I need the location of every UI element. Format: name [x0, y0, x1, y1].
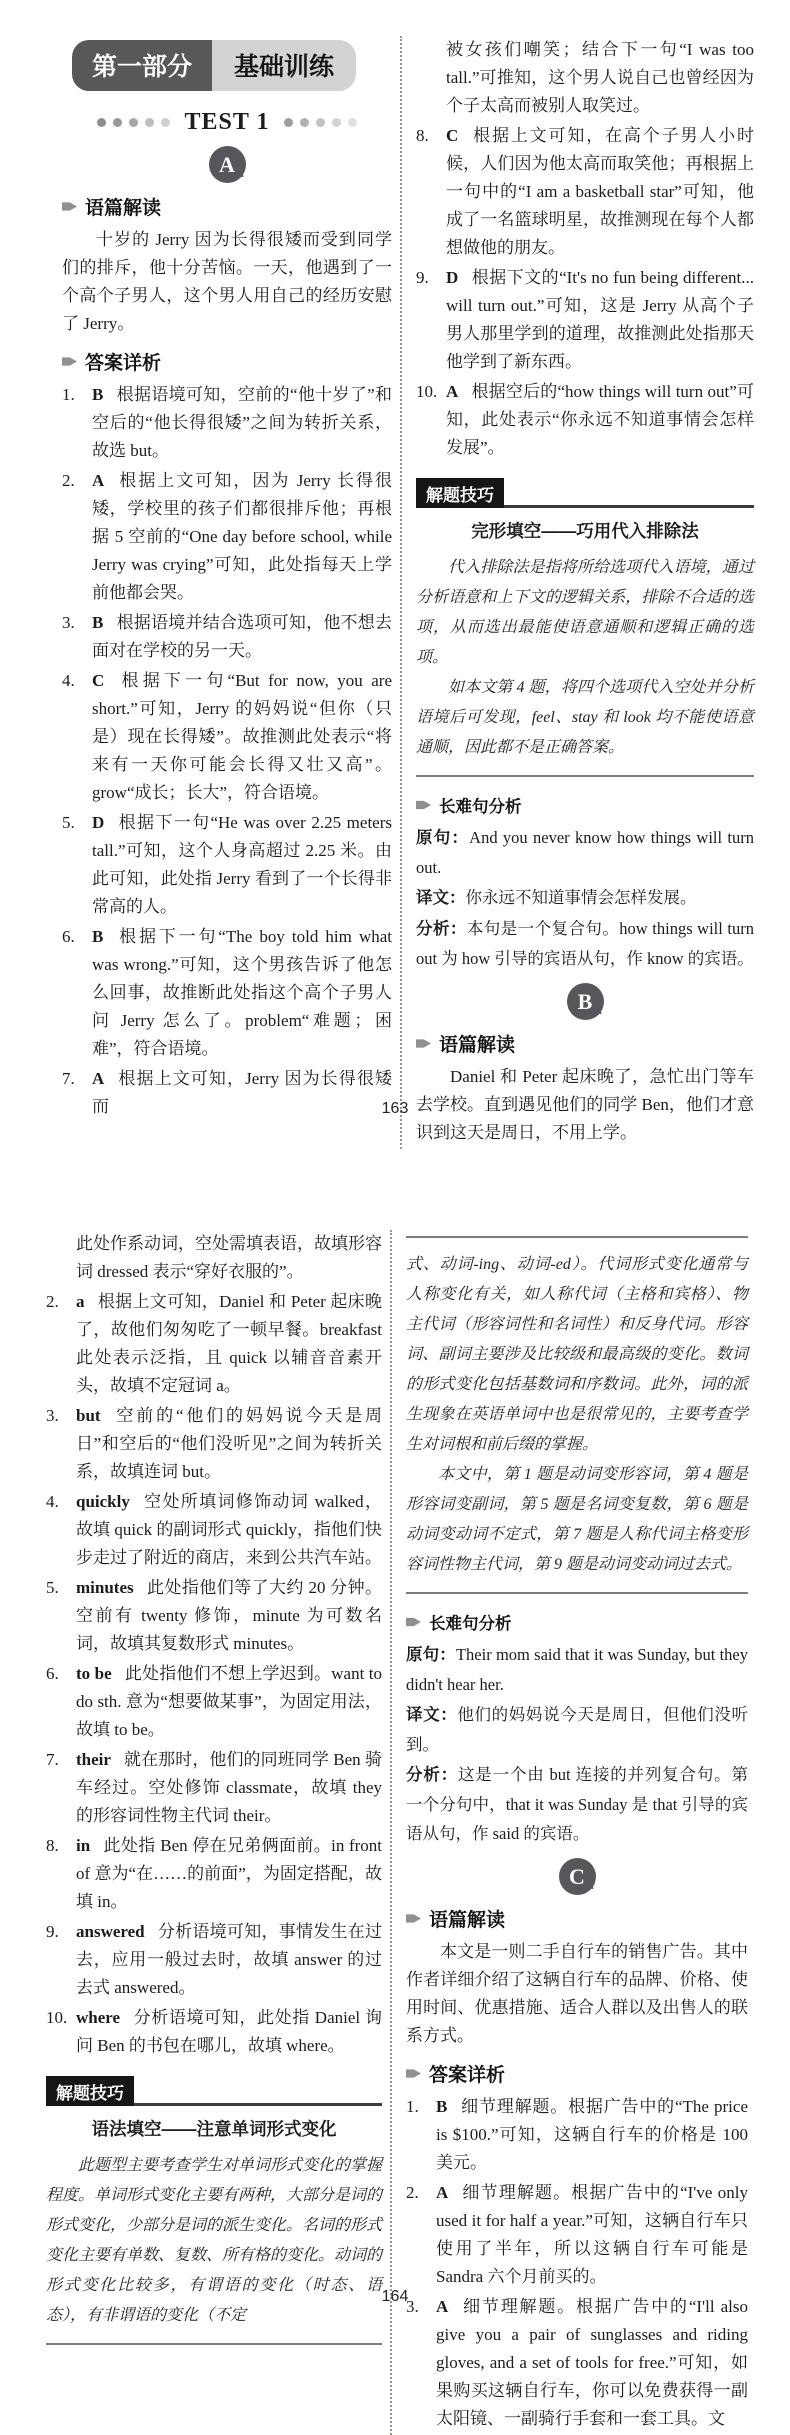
tips-bottom-rule [406, 1592, 748, 1594]
dot-icon [316, 118, 325, 127]
tips-paragraph: 本文中，第 1 题是动词变形容词，第 4 题是形容词变副词，第 5 题是名词变复… [406, 1460, 748, 1580]
dot-icon [129, 118, 138, 127]
answer-item: 1. B细节理解题。根据广告中的“The price is $100.”可知，这… [406, 2093, 748, 2177]
tips-top-rule [406, 1236, 748, 1238]
answer-item: 1. B根据语境可知，空前的“他十岁了”和空后的“他长得很矮”之间为转折关系，故… [62, 381, 392, 465]
answer-explanation: 根据下文的“It's no fun being different... wil… [446, 268, 754, 371]
page1-left-column: 第一部分 基础训练 TEST 1 A 语篇解读 十岁的 Jerry 因为长得很矮… [62, 36, 400, 1276]
answer-explanation: 根据下一句“He was over 2.25 meters tall.”可知，这… [92, 813, 392, 916]
answer-key: A [446, 382, 458, 401]
answer-item: 3. A细节理解题。根据广告中的“I'll also give you a pa… [406, 2293, 748, 2433]
tips-paragraph: 如本文第 4 题，将四个选项代入空处并分析语境后可发现，feel、stay 和 … [416, 673, 754, 763]
translation: 译文：你永远不知道事情会怎样发展。 [416, 883, 754, 913]
section-title: 语篇解读 [439, 1030, 515, 1057]
section-title: 长难句分析 [429, 1610, 512, 1634]
passage-a-badge: A [209, 146, 246, 183]
answer-key: A [436, 2183, 448, 2202]
tips-box: 解题技巧 完形填空——巧用代入排除法 代入排除法是指将所给选项代入语境，通过分析… [416, 478, 754, 777]
sentence-analysis: 长难句分析 原句：Their mom said that it was Sund… [406, 1610, 748, 1848]
dot-icon [97, 118, 106, 127]
page2-left-column: 此处作系动词，空处需填表语，故填形容词 dressed 表示“穿好衣服的”。 2… [46, 1230, 390, 2435]
tips-label: 解题技巧 [416, 478, 504, 508]
answer7-continuation: 被女孩们嘲笑；结合下一句“I was too tall.”可推知，这个男人说自己… [416, 36, 754, 120]
tips-bottom-rule [416, 775, 754, 777]
answer-number: 2. [62, 467, 92, 607]
answer-key: a [76, 1292, 85, 1311]
section-title: 语篇解读 [429, 1905, 505, 1932]
passage-c-badge-row: C [406, 1858, 748, 1895]
tips-box-continuation: 式、动词-ing、动词-ed）。代词形式变化通常与人称变化有关，如人称代词（主格… [406, 1236, 748, 1594]
answer-key: in [76, 1836, 90, 1855]
test-title-row: TEST 1 [62, 109, 392, 136]
analysis: 分析：这是一个由 but 连接的并列复合句。第一个分句中，that it was… [406, 1760, 748, 1848]
answer-number: 3. [406, 2293, 436, 2433]
passage-summary: 本文是一则二手自行车的销售广告。其中作者详细介绍了这辆自行车的品牌、价格、使用时… [406, 1938, 748, 2050]
translation: 译文：他们的妈妈说今天是周日，但他们没听到。 [406, 1700, 748, 1759]
answer-number: 4. [62, 667, 92, 807]
answer-explanation: 根据上文可知，Daniel 和 Peter 起床晚了，故他们匆匆吃了一顿早餐。b… [76, 1292, 382, 1395]
book-page-164: 此处作系动词，空处需填表语，故填形容词 dressed 表示“穿好衣服的”。 2… [0, 1150, 790, 2378]
answer-key: to be [76, 1664, 112, 1683]
passage-analysis-header: 语篇解读 [416, 1030, 754, 1057]
section-title: 答案详析 [429, 2060, 505, 2087]
answer-item: 4. C根据下一句“But for now, you are short.”可知… [62, 667, 392, 807]
answer-explanation: 此处指 Ben 停在兄弟俩面前。in front of 意为“在……的前面”，为… [76, 1836, 382, 1911]
passage-summary: 十岁的 Jerry 因为长得很矮而受到同学们的排斥，他十分苦恼。一天，他遇到了一… [62, 226, 392, 338]
answer-number: 6. [62, 923, 92, 1063]
answer-number: 5. [62, 809, 92, 921]
section-arrow-icon [406, 1616, 421, 1629]
section-title: 语篇解读 [85, 193, 161, 220]
tips-title: 语法填空——注意单词形式变化 [46, 2116, 382, 2141]
answer-number: 3. [46, 1402, 76, 1486]
answer1-continuation: 此处作系动词，空处需填表语，故填形容词 dressed 表示“穿好衣服的”。 [46, 1230, 382, 1286]
answer-key: answered [76, 1922, 145, 1941]
answer-item: 2. A细节理解题。根据广告中的“I've only used it for h… [406, 2179, 748, 2291]
answer-item: 5. minutes此处指他们等了大约 20 分钟。空前有 twenty 修饰，… [46, 1574, 382, 1658]
answer-number: 9. [416, 264, 446, 376]
answer-item: 10. A根据空后的“how things will turn out”可知，此… [416, 378, 754, 462]
chapter-header: 第一部分 基础训练 [72, 40, 392, 91]
dot-icon [113, 118, 122, 127]
dot-icon [145, 118, 154, 127]
answer-item: 9. D根据下文的“It's no fun being different...… [416, 264, 754, 376]
answer-item: 8. C根据上文可知，在高个子男人小时候，人们因为他太高而取笑他；再根据上一句中… [416, 122, 754, 262]
answer-number: 8. [46, 1832, 76, 1916]
answer-number: 2. [46, 1288, 76, 1400]
answer-explanation: 细节理解题。根据广告中的“I've only used it for half … [436, 2183, 748, 2286]
tips-title: 完形填空——巧用代入排除法 [416, 518, 754, 543]
answer-item: 2. A根据上文可知，因为 Jerry 长得很矮，学校里的孩子们都很排斥他；再根… [62, 467, 392, 607]
tips-header: 解题技巧 [46, 2076, 382, 2106]
answer-explanation: 根据上文可知，在高个子男人小时候，人们因为他太高而取笑他；再根据上一句中的“I … [446, 126, 754, 257]
answer-number: 4. [46, 1488, 76, 1572]
original-sentence: 原句：Their mom said that it was Sunday, bu… [406, 1640, 748, 1699]
answer-number: 6. [46, 1660, 76, 1744]
answer-key: C [92, 671, 104, 690]
answer-number: 1. [406, 2093, 436, 2177]
page2-right-column: 式、动词-ing、动词-ed）。代词形式变化通常与人称变化有关，如人称代词（主格… [390, 1230, 748, 2435]
answer-number: 7. [46, 1746, 76, 1830]
answer-item: 9. answered分析语境可知，事情发生在过去，应用一般过去时，故填 ans… [46, 1918, 382, 2002]
part-badge: 第一部分 [72, 40, 212, 91]
answer-explanation: 根据空后的“how things will turn out”可知，此处表示“你… [446, 382, 754, 457]
section-arrow-icon [62, 200, 77, 213]
dot-icon [300, 118, 309, 127]
answer-explanation: 根据下一句“But for now, you are short.”可知，Jer… [92, 671, 392, 802]
course-badge: 基础训练 [212, 40, 356, 91]
tips-label: 解题技巧 [46, 2076, 134, 2106]
answer-explanation: 细节理解题。根据广告中的“I'll also give you a pair o… [436, 2297, 748, 2428]
answer-explanation: 此处指他们不想上学迟到。want to do sth. 意为“想要做某事”，为固… [76, 1664, 382, 1739]
answer-key: A [92, 471, 104, 490]
passage-c-badge: C [559, 1858, 596, 1895]
section-arrow-icon [406, 2067, 421, 2080]
answer-details-header: 答案详析 [62, 348, 392, 375]
passage-analysis-header: 语篇解读 [406, 1905, 748, 1932]
answer-key: minutes [76, 1578, 134, 1597]
answer-number: 3. [62, 609, 92, 665]
original-sentence: 原句：And you never know how things will tu… [416, 823, 754, 882]
answer-key: B [92, 613, 103, 632]
answer-key: D [446, 268, 458, 287]
page-number: 164 [0, 2288, 790, 2306]
answer-explanation: 分析语境可知，此处指 Daniel 询问 Ben 的书包在哪儿，故填 where… [76, 2008, 382, 2055]
dot-icon [332, 118, 341, 127]
answer-number: 9. [46, 1918, 76, 2002]
answer-number: 8. [416, 122, 446, 262]
passage-a-badge-row: A [62, 146, 392, 183]
tips-paragraph: 代入排除法是指将所给选项代入语境，通过分析语意和上下文的逻辑关系，排除不合适的选… [416, 553, 754, 673]
section-title: 长难句分析 [439, 793, 522, 817]
answer-item: 2. a根据上文可知，Daniel 和 Peter 起床晚了，故他们匆匆吃了一顿… [46, 1288, 382, 1400]
answer-explanation: 就在那时，他们的同班同学 Ben 骑车经过。空处修饰 classmate，故填 … [76, 1750, 382, 1825]
section-arrow-icon [416, 1037, 431, 1050]
answer-explanation: 根据语境可知，空前的“他十岁了”和空后的“他长得很矮”之间为转折关系，故选 bu… [92, 385, 392, 460]
answer-number: 5. [46, 1574, 76, 1658]
answer-key: but [76, 1406, 101, 1425]
tips-paragraph: 式、动词-ing、动词-ed）。代词形式变化通常与人称变化有关，如人称代词（主格… [406, 1250, 748, 1460]
answer-number: 1. [62, 381, 92, 465]
passage-analysis-header: 语篇解读 [62, 193, 392, 220]
answer-key: A [92, 1069, 104, 1088]
section-title: 答案详析 [85, 348, 161, 375]
answer-key: C [446, 126, 458, 145]
section-arrow-icon [62, 355, 77, 368]
tips-header: 解题技巧 [416, 478, 754, 508]
answer-explanation: 空前的“他们的妈妈说今天是周日”和空后的“他们没听见”之间为转折关系，故填连词 … [76, 1406, 382, 1481]
answer-key: B [92, 927, 103, 946]
book-page-163: 第一部分 基础训练 TEST 1 A 语篇解读 十岁的 Jerry 因为长得很矮… [0, 0, 790, 1150]
dot-icon [348, 118, 357, 127]
sentence-analysis-header: 长难句分析 [416, 793, 754, 817]
tips-bottom-rule [46, 2343, 382, 2345]
answer-number: 2. [406, 2179, 436, 2291]
section-arrow-icon [416, 799, 431, 812]
answer-explanation: 细节理解题。根据广告中的“The price is $100.”可知，这辆自行车… [436, 2097, 748, 2172]
answer-item: 7. their就在那时，他们的同班同学 Ben 骑车经过。空处修饰 class… [46, 1746, 382, 1830]
answer-item: 8. in此处指 Ben 停在兄弟俩面前。in front of 意为“在……的… [46, 1832, 382, 1916]
page-number: 163 [0, 1100, 790, 1118]
answer-explanation: 根据下一句“The boy told him what was wrong.”可… [92, 927, 392, 1058]
answer-item: 3. but空前的“他们的妈妈说今天是周日”和空后的“他们没听见”之间为转折关系… [46, 1402, 382, 1486]
dot-icon [284, 118, 293, 127]
answer-key: B [436, 2097, 447, 2116]
analysis: 分析：本句是一个复合句。how things will turn out 为 h… [416, 914, 754, 973]
passage-b-badge-row: B [416, 983, 754, 1020]
answer-key: their [76, 1750, 111, 1769]
answer-item: 6. to be此处指他们不想上学迟到。want to do sth. 意为“想… [46, 1660, 382, 1744]
answer-key: where [76, 2008, 120, 2027]
sentence-analysis: 长难句分析 原句：And you never know how things w… [416, 793, 754, 973]
answer-item: 6. B根据下一句“The boy told him what was wron… [62, 923, 392, 1063]
test-title: TEST 1 [185, 109, 270, 136]
answer-number: 10. [46, 2004, 76, 2060]
answer-item: 5. D根据下一句“He was over 2.25 meters tall.”… [62, 809, 392, 921]
answer-explanation: 根据语境并结合选项可知，他不想去面对在学校的另一天。 [92, 613, 392, 660]
dot-icon [161, 118, 170, 127]
answer-key: D [92, 813, 104, 832]
answer-number: 10. [416, 378, 446, 462]
answer-item: 4. quickly空处所填词修饰动词 walked，故填 quick 的副词形… [46, 1488, 382, 1572]
answer-key: quickly [76, 1492, 130, 1511]
passage-b-badge: B [567, 983, 604, 1020]
answer-item: 10. where分析语境可知，此处指 Daniel 询问 Ben 的书包在哪儿… [46, 2004, 382, 2060]
answer-details-header: 答案详析 [406, 2060, 748, 2087]
page1-right-column: 被女孩们嘲笑；结合下一句“I was too tall.”可推知，这个男人说自己… [400, 36, 754, 1276]
answer-explanation: 根据上文可知，因为 Jerry 长得很矮，学校里的孩子们都很排斥他；再根据 5 … [92, 471, 392, 602]
section-arrow-icon [406, 1912, 421, 1925]
answer-item: 3. B根据语境并结合选项可知，他不想去面对在学校的另一天。 [62, 609, 392, 665]
sentence-analysis-header: 长难句分析 [406, 1610, 748, 1634]
answer-key: B [92, 385, 103, 404]
